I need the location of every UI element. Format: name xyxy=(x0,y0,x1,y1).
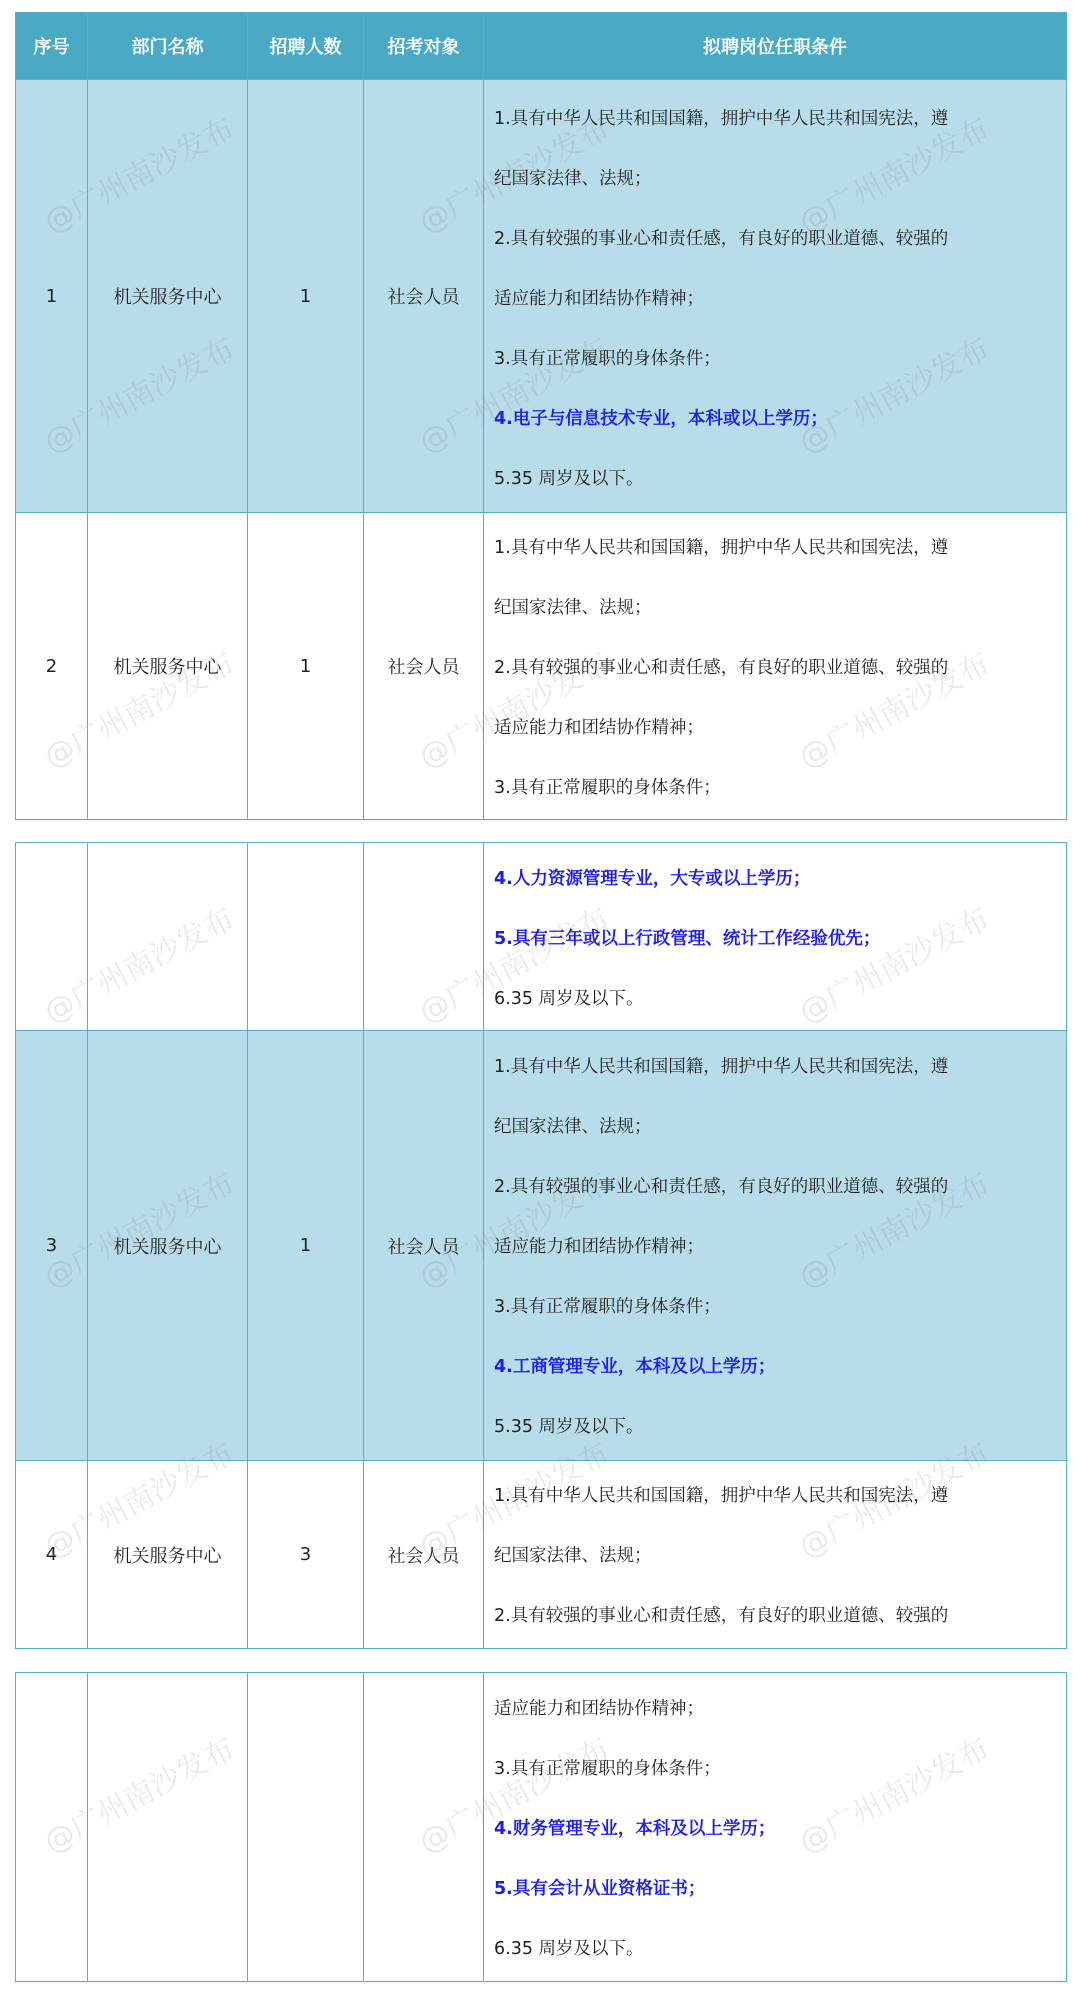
cell-seq: 2 xyxy=(16,513,88,820)
cell-count: 1 xyxy=(248,1031,364,1461)
cell-count: 1 xyxy=(248,80,364,513)
cell-dept: 机关服务中心 xyxy=(88,513,248,820)
cell-count: 1 xyxy=(248,513,364,820)
requirement-line-highlight: 4.工商管理专业，本科及以上学历； xyxy=(494,1356,1056,1379)
requirement-line: 纪国家法律、法规； xyxy=(494,597,1056,620)
cell-seq xyxy=(16,1673,88,1982)
cell-dept: 机关服务中心 xyxy=(88,80,248,513)
cell-dept: 机关服务中心 xyxy=(88,1031,248,1461)
requirement-line: 适应能力和团结协作精神； xyxy=(494,1698,1056,1721)
cell-requirements: 1.具有中华人民共和国国籍，拥护中华人民共和国宪法，遵 纪国家法律、法规； 2.… xyxy=(484,1461,1067,1649)
cell-target: 社会人员 xyxy=(364,1461,484,1649)
requirement-line-highlight: 5.具有会计从业资格证书； xyxy=(494,1878,1056,1901)
header-count: 招聘人数 xyxy=(248,13,364,80)
table-header-row: 序号 部门名称 招聘人数 招考对象 拟聘岗位任职条件 xyxy=(16,13,1067,80)
requirement-line: 适应能力和团结协作精神； xyxy=(494,1236,1056,1259)
requirement-line: 3.具有正常履职的身体条件； xyxy=(494,348,1056,371)
header-target: 招考对象 xyxy=(364,13,484,80)
cell-requirements: 1.具有中华人民共和国国籍，拥护中华人民共和国宪法，遵 纪国家法律、法规； 2.… xyxy=(484,80,1067,513)
cell-requirements: 4.人力资源管理专业，大专或以上学历； 5.具有三年或以上行政管理、统计工作经验… xyxy=(484,843,1067,1031)
cell-count xyxy=(248,1673,364,1982)
cell-requirements: 1.具有中华人民共和国国籍，拥护中华人民共和国宪法，遵 纪国家法律、法规； 2.… xyxy=(484,513,1067,820)
requirement-line: 2.具有较强的事业心和责任感，有良好的职业道德、较强的 xyxy=(494,1176,1056,1199)
requirement-line: 3.具有正常履职的身体条件； xyxy=(494,777,1056,800)
requirement-line: 纪国家法律、法规； xyxy=(494,168,1056,191)
table-row: 4 机关服务中心 3 社会人员 1.具有中华人民共和国国籍，拥护中华人民共和国宪… xyxy=(16,1461,1067,1649)
requirement-line: 6.35 周岁及以下。 xyxy=(494,988,1056,1011)
header-requirements: 拟聘岗位任职条件 xyxy=(484,13,1067,80)
table-row: 2 机关服务中心 1 社会人员 1.具有中华人民共和国国籍，拥护中华人民共和国宪… xyxy=(16,513,1067,820)
recruitment-table-segment-1: 序号 部门名称 招聘人数 招考对象 拟聘岗位任职条件 1 机关服务中心 1 社会… xyxy=(15,12,1067,820)
requirement-line-highlight: 4.电子与信息技术专业，本科或以上学历； xyxy=(494,408,1056,431)
cell-seq: 3 xyxy=(16,1031,88,1461)
table-row-continuation: 适应能力和团结协作精神； 3.具有正常履职的身体条件； 4.财务管理专业，本科及… xyxy=(16,1673,1067,1982)
requirement-line-highlight: 4.财务管理专业，本科及以上学历； xyxy=(494,1818,1056,1841)
cell-requirements: 适应能力和团结协作精神； 3.具有正常履职的身体条件； 4.财务管理专业，本科及… xyxy=(484,1673,1067,1982)
cell-dept xyxy=(88,1673,248,1982)
table-row: 3 机关服务中心 1 社会人员 1.具有中华人民共和国国籍，拥护中华人民共和国宪… xyxy=(16,1031,1067,1461)
cell-count: 3 xyxy=(248,1461,364,1649)
cell-target: 社会人员 xyxy=(364,1031,484,1461)
requirement-line: 2.具有较强的事业心和责任感，有良好的职业道德、较强的 xyxy=(494,1605,1056,1628)
cell-seq xyxy=(16,843,88,1031)
cell-dept: 机关服务中心 xyxy=(88,1461,248,1649)
requirement-line: 适应能力和团结协作精神； xyxy=(494,288,1056,311)
requirement-line: 1.具有中华人民共和国国籍，拥护中华人民共和国宪法，遵 xyxy=(494,1056,1056,1079)
header-seq: 序号 xyxy=(16,13,88,80)
requirement-line: 1.具有中华人民共和国国籍，拥护中华人民共和国宪法，遵 xyxy=(494,537,1056,560)
cell-count xyxy=(248,843,364,1031)
cell-target xyxy=(364,843,484,1031)
requirement-line: 3.具有正常履职的身体条件； xyxy=(494,1758,1056,1781)
cell-target: 社会人员 xyxy=(364,80,484,513)
requirement-line: 1.具有中华人民共和国国籍，拥护中华人民共和国宪法，遵 xyxy=(494,108,1056,131)
requirement-line: 2.具有较强的事业心和责任感，有良好的职业道德、较强的 xyxy=(494,657,1056,680)
requirement-line: 1.具有中华人民共和国国籍，拥护中华人民共和国宪法，遵 xyxy=(494,1485,1056,1508)
recruitment-table-segment-2: 4.人力资源管理专业，大专或以上学历； 5.具有三年或以上行政管理、统计工作经验… xyxy=(15,842,1067,1649)
table-row: 1 机关服务中心 1 社会人员 1.具有中华人民共和国国籍，拥护中华人民共和国宪… xyxy=(16,80,1067,513)
cell-requirements: 1.具有中华人民共和国国籍，拥护中华人民共和国宪法，遵 纪国家法律、法规； 2.… xyxy=(484,1031,1067,1461)
requirement-line: 纪国家法律、法规； xyxy=(494,1116,1056,1139)
recruitment-table-segment-3: 适应能力和团结协作精神； 3.具有正常履职的身体条件； 4.财务管理专业，本科及… xyxy=(15,1672,1067,1982)
requirement-line: 适应能力和团结协作精神； xyxy=(494,717,1056,740)
cell-target: 社会人员 xyxy=(364,513,484,820)
requirement-line: 5.35 周岁及以下。 xyxy=(494,468,1056,491)
cell-seq: 1 xyxy=(16,80,88,513)
requirement-line-highlight: 5.具有三年或以上行政管理、统计工作经验优先； xyxy=(494,928,1056,951)
requirement-line: 5.35 周岁及以下。 xyxy=(494,1416,1056,1439)
cell-seq: 4 xyxy=(16,1461,88,1649)
header-dept: 部门名称 xyxy=(88,13,248,80)
requirement-line: 纪国家法律、法规； xyxy=(494,1545,1056,1568)
requirement-line: 2.具有较强的事业心和责任感，有良好的职业道德、较强的 xyxy=(494,228,1056,251)
requirement-line-highlight: 4.人力资源管理专业，大专或以上学历； xyxy=(494,868,1056,891)
table-row-continuation: 4.人力资源管理专业，大专或以上学历； 5.具有三年或以上行政管理、统计工作经验… xyxy=(16,843,1067,1031)
cell-target xyxy=(364,1673,484,1982)
requirement-line: 6.35 周岁及以下。 xyxy=(494,1938,1056,1961)
requirement-line: 3.具有正常履职的身体条件； xyxy=(494,1296,1056,1319)
cell-dept xyxy=(88,843,248,1031)
